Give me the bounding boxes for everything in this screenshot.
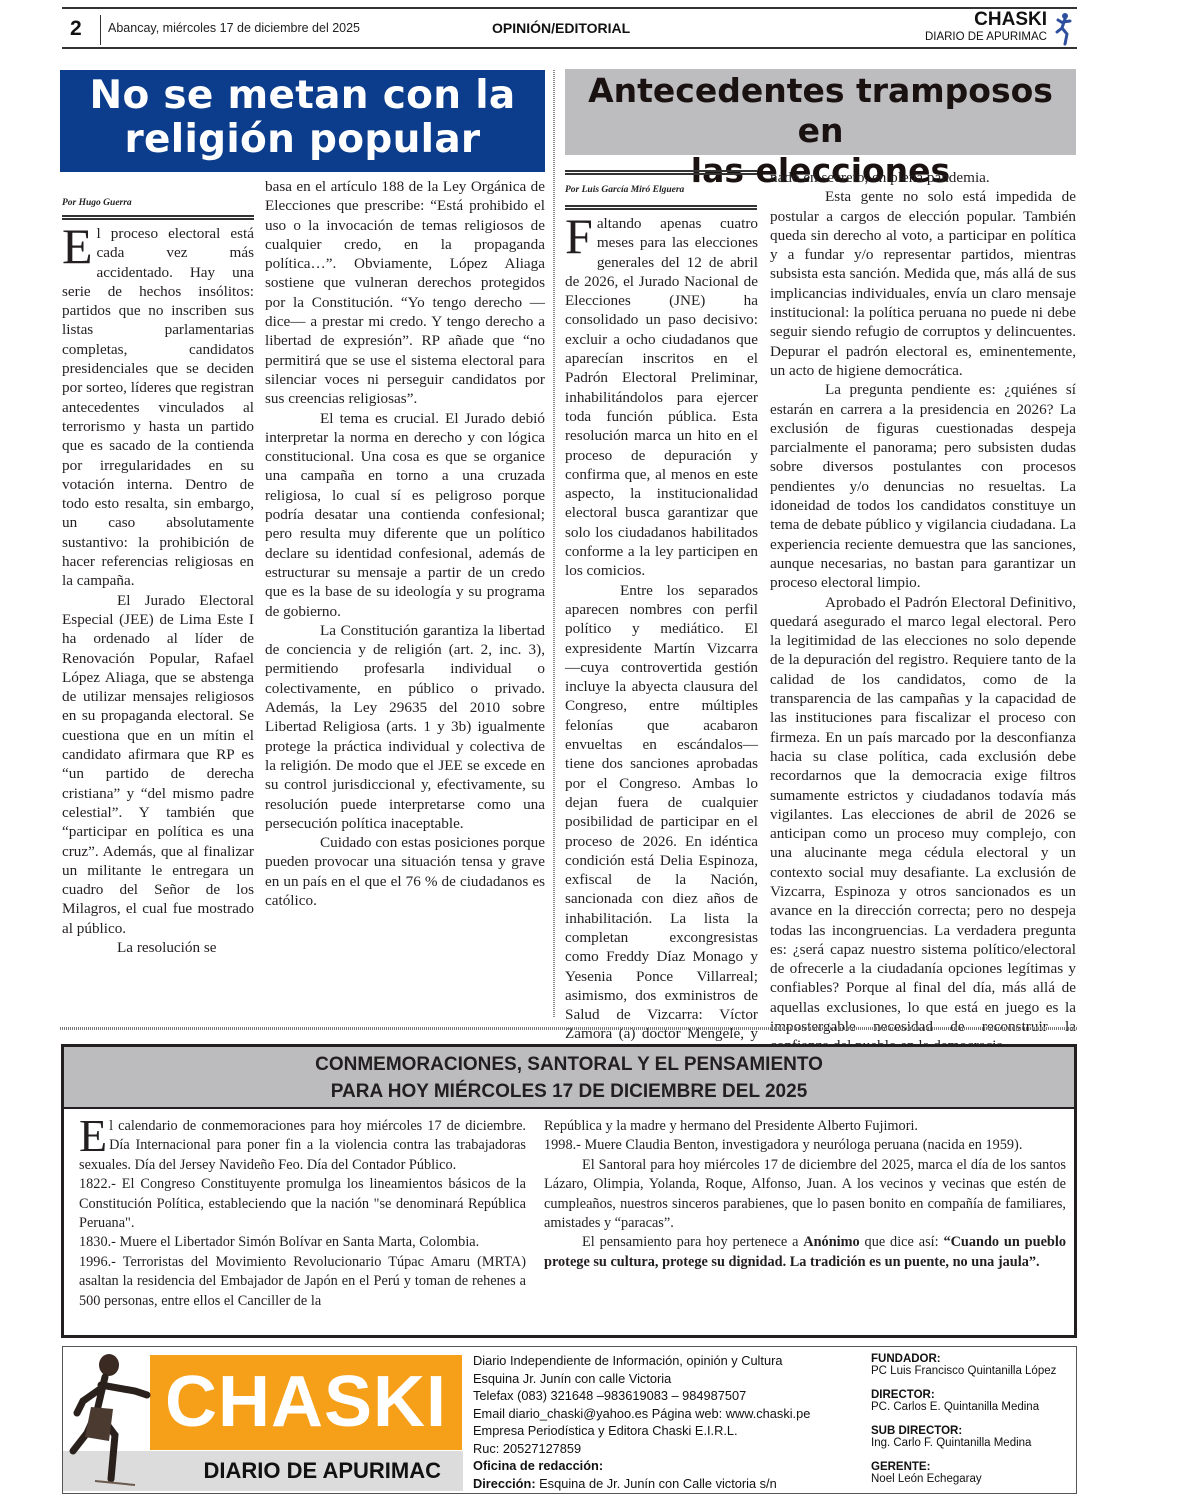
event-1998: 1998.- Muere Claudia Benton, investigado… [544,1136,1066,1155]
info-line: Email diario_chaski@yahoo.es Página web:… [473,1405,810,1423]
masthead-brand: CHASKI DIARIO DE APURIMAC [925,10,1047,44]
paragraph: Entre los separados aparecen nombres con… [565,581,758,1102]
paragraph: l proceso electoral está cada vez más ac… [62,225,254,589]
event-1996-cont: República y la madre y hermano del Presi… [544,1117,1066,1136]
staff-name: Ing. Carlo F. Quintanilla Medina [871,1437,1056,1450]
paragraph: La resolución se [62,938,254,957]
paragraph: El Jurado Electoral Especial (JEE) de Li… [62,591,254,938]
dropcap: F [565,216,593,256]
info-line: Ruc: 20527127859 [473,1440,810,1458]
staff-role: SUB DIRECTOR: [871,1425,1056,1437]
info-line: Telefax (083) 321648 –983619083 – 984987… [473,1387,810,1405]
paragraph: Aprobado el Padrón Electoral Definitivo,… [770,593,1076,1056]
staff-role: FUNDADOR: [871,1353,1056,1365]
dropcap: E [62,226,93,266]
paragraph: El tema es crucial. El Jurado debió inte… [265,409,545,621]
dateline: Abancay, miércoles 17 de diciembre del 2… [108,21,360,35]
event-1830: 1830.- Muere el Libertador Simón Bolívar… [79,1233,526,1252]
page-header: 2 Abancay, miércoles 17 de diciembre del… [62,7,1077,49]
publisher-footer: DIARIO DE APURIMAC CHASKI Diario Indepen… [62,1346,1077,1494]
address-value: Esquina de Jr. Junín con Calle victoria … [536,1476,777,1491]
info-line: Esquina Jr. Junín con calle Victoria [473,1370,810,1388]
staff-name: PC Luis Francisco Quintanilla López [871,1365,1056,1378]
chaski-runner-icon [1053,12,1075,46]
headline-left-line1: No se metan con la [60,74,545,118]
byline-right: Por Luis García Miró Elguera [565,185,684,195]
brand-subtitle: DIARIO DE APURIMAC [925,30,1047,44]
paragraph: l calendario de conmemoraciones para hoy… [79,1118,526,1173]
santoral: El Santoral para hoy miércoles 17 de dic… [544,1156,1066,1234]
conmemoraciones-col1: El calendario de conmemoraciones para ho… [79,1117,526,1311]
byline-rule [565,205,757,210]
article-left-col2: basa en el artículo 188 de la Ley Orgáni… [265,177,545,910]
byline-rule [565,170,757,175]
paragraph: La Constitución garantiza la libertad de… [265,621,545,833]
headline-left: No se metan con la religión popular [60,70,545,168]
paragraph: Cuidado con estas posiciones porque pued… [265,833,545,910]
column-divider [553,70,555,1018]
office-label: Oficina de redacción: [473,1457,810,1475]
paragraph: altando apenas cuatro meses para las ele… [565,215,758,579]
byline-left: Por Hugo Guerra [62,198,132,208]
address-label: Dirección: [473,1476,536,1491]
info-line: Diario Independiente de Información, opi… [473,1352,810,1370]
conmemoraciones-box: CONMEMORACIONES, SANTORAL Y EL PENSAMIEN… [61,1044,1077,1338]
article-left-col1: El proceso electoral está cada vez más a… [62,224,254,957]
staff-name: Noel León Echegaray [871,1473,1056,1486]
staff-list: FUNDADOR: PC Luis Francisco Quintanilla … [871,1353,1056,1497]
paragraph: nado en secreto, en plena pandemia. [770,168,1076,187]
headline-right-line1: Antecedentes tramposos en [565,71,1076,151]
pensamiento-mid: que dice así: [860,1234,944,1250]
paragraph: basa en el artículo 188 de la Ley Orgáni… [265,177,545,409]
event-1996: 1996.- Terroristas del Movimiento Revolu… [79,1253,526,1311]
paragraph: La pregunta pendiente es: ¿quiénes sí es… [770,380,1076,592]
publisher-info: Diario Independiente de Información, opi… [473,1352,810,1492]
address-line: Dirección: Esquina de Jr. Junín con Call… [473,1475,810,1493]
page-number: 2 [70,17,82,41]
headline-left-line2: religión popular [60,118,545,162]
conmemoraciones-title-line2: PARA HOY MIÉRCOLES 17 DE DICIEMBRE DEL 2… [64,1078,1074,1105]
info-line: Empresa Periodística y Editora Chaski E.… [473,1422,810,1440]
staff-role: DIRECTOR: [871,1389,1056,1401]
section-title: OPINIÓN/EDITORIAL [492,20,630,36]
headline-right: Antecedentes tramposos en las elecciones [565,69,1076,155]
pensamiento: El pensamiento para hoy pertenece a Anón… [544,1233,1066,1272]
brand-name: CHASKI [925,10,1047,30]
event-1822: 1822.- El Congreso Constituyente promulg… [79,1175,526,1233]
article-right-col1: Faltando apenas cuatro meses para las el… [565,214,758,1102]
staff-role: GERENTE: [871,1461,1056,1473]
section-divider [60,1027,1077,1030]
header-divider [100,15,101,45]
pensamiento-author: Anónimo [803,1234,859,1250]
staff-name: PC. Carlos E. Quintanilla Medina [871,1401,1056,1414]
conmemoraciones-header: CONMEMORACIONES, SANTORAL Y EL PENSAMIEN… [64,1047,1074,1109]
logo-chaski: CHASKI [150,1355,462,1450]
chaski-runner-icon [65,1351,151,1491]
conmemoraciones-col2: República y la madre y hermano del Presi… [544,1117,1066,1272]
dropcap: E [79,1118,107,1154]
pensamiento-prefix: El pensamiento para hoy pertenece a [582,1234,803,1250]
conmemoraciones-title-line1: CONMEMORACIONES, SANTORAL Y EL PENSAMIEN… [64,1051,1074,1078]
article-right-col2: nado en secreto, en plena pandemia. Esta… [770,168,1076,1056]
paragraph: Esta gente no solo está impedida de post… [770,187,1076,380]
